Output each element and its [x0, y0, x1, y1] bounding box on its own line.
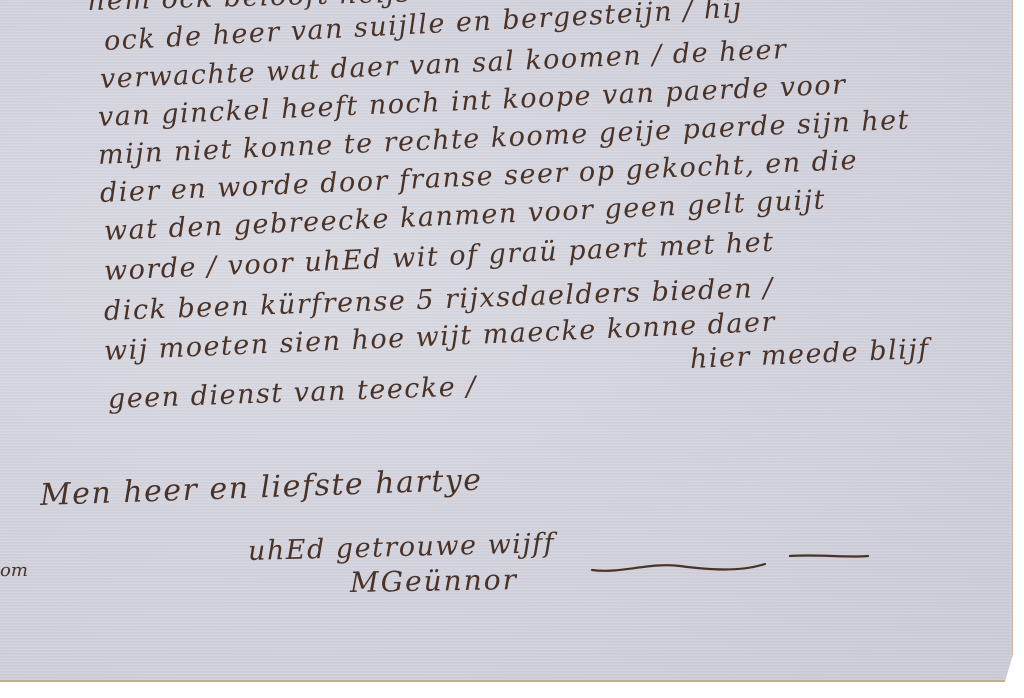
closing-salutation: Men heer en liefste hartye — [39, 463, 483, 513]
closing-valediction: uhEd getrouwe wijff — [248, 528, 556, 567]
signature: MGeünnor — [350, 563, 519, 599]
signature-flourish — [590, 548, 870, 588]
letter-line-11: geen dienst van teecke / — [107, 371, 477, 415]
margin-fragment: om — [0, 560, 28, 581]
manuscript-page: hem ock belooft heijs ock de heer van su… — [0, 0, 1013, 682]
